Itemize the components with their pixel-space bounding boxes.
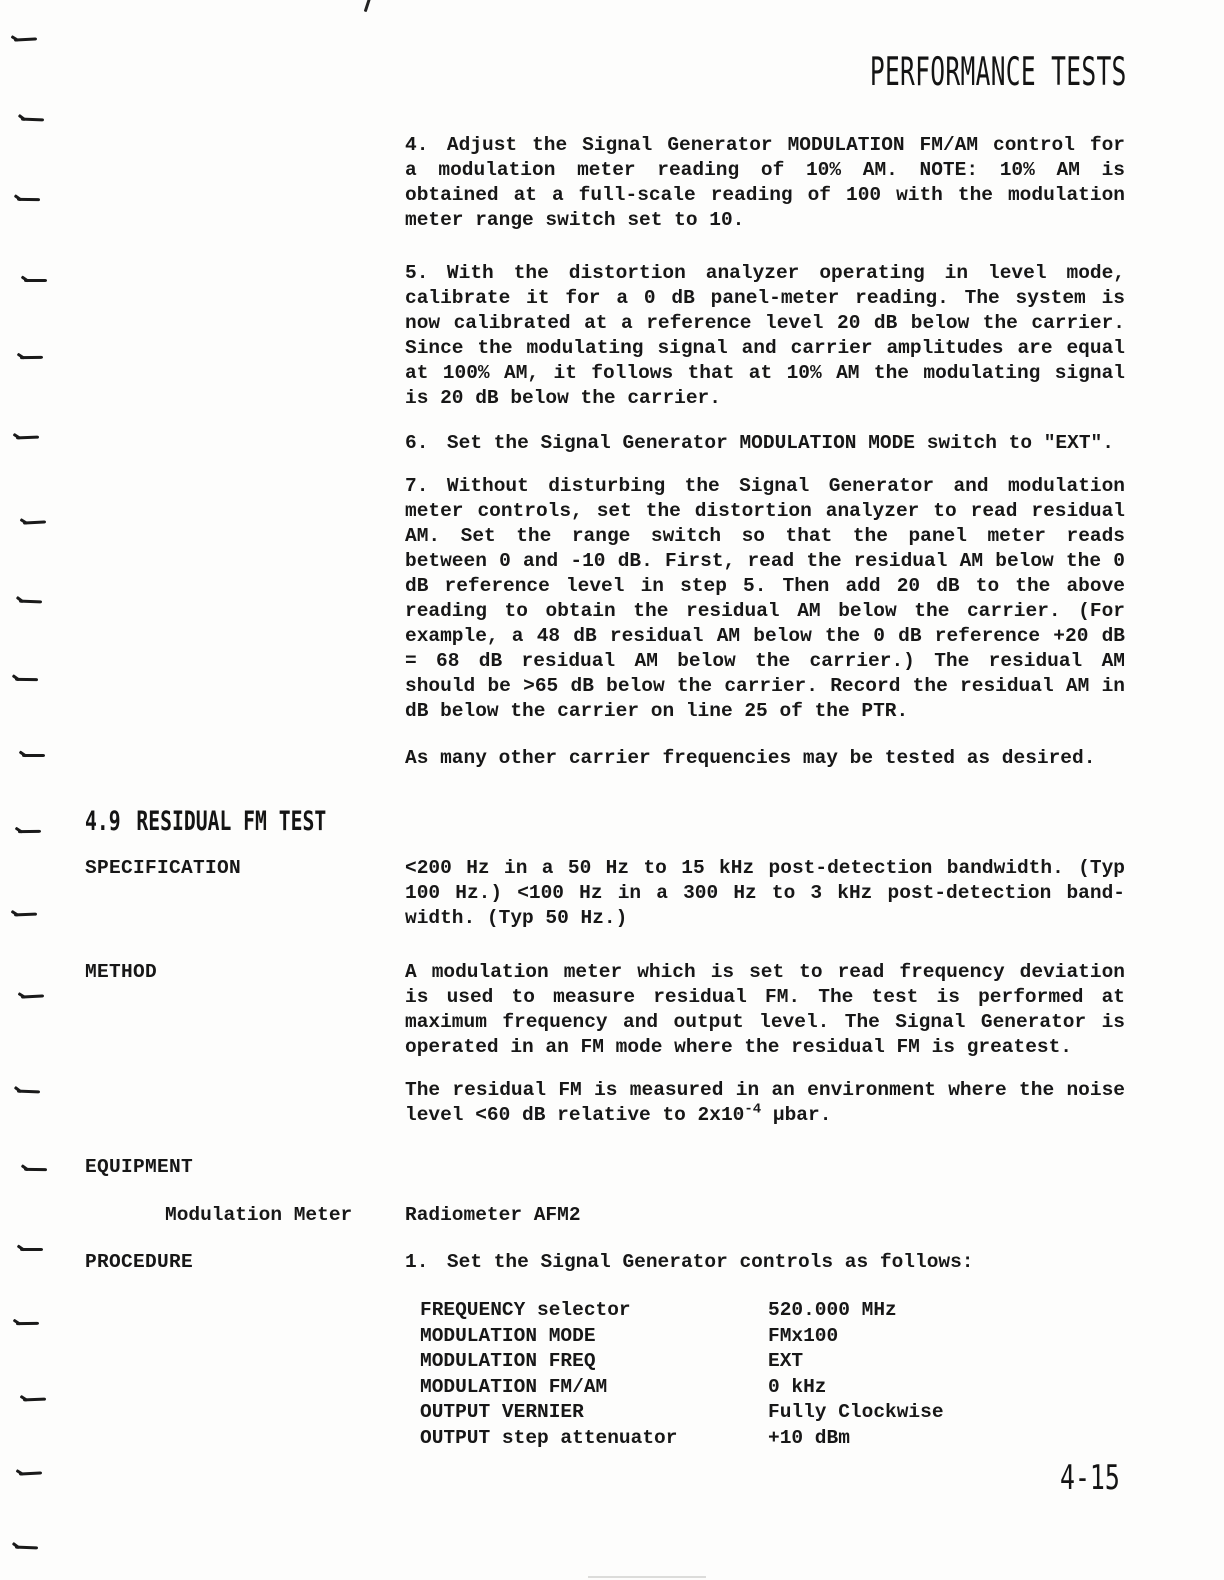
step-4-paragraph: 4.Adjust the Signal Generator MODULATION…	[405, 133, 1125, 233]
settings-row: OUTPUT step attenuator+10 dBm	[420, 1426, 944, 1452]
binder-mark	[20, 1248, 43, 1251]
step-number: 4.	[405, 134, 428, 156]
step-6-paragraph: 6.Set the Signal Generator MODULATION MO…	[405, 431, 1125, 456]
step-number: 6.	[405, 432, 428, 454]
procedure-step-1: 1.Set the Signal Generator controls as f…	[405, 1250, 1125, 1275]
binder-mark	[21, 994, 44, 998]
setting-value: 520.000 MHz	[768, 1299, 897, 1321]
setting-label: MODULATION FM/AM	[420, 1375, 768, 1401]
setting-label: OUTPUT step attenuator	[420, 1426, 768, 1452]
binder-mark	[23, 520, 46, 524]
settings-row: FREQUENCY selector520.000 MHz	[420, 1298, 944, 1324]
setting-label: OUTPUT VERNIER	[420, 1400, 768, 1426]
scan-artifact-top	[364, 0, 371, 12]
binder-mark	[19, 1471, 42, 1475]
setting-value: EXT	[768, 1350, 803, 1372]
method-noise-text: The residual FM is measured in an enviro…	[405, 1078, 1125, 1128]
steps-column: 4.Adjust the Signal Generator MODULATION…	[405, 133, 1125, 771]
setting-value: +10 dBm	[768, 1427, 850, 1449]
step-text: Without disturbing the Signal Generator …	[405, 475, 1125, 722]
specification-block: <200 Hz in a 50 Hz to 15 kHz post-detect…	[405, 856, 1125, 931]
setting-label: MODULATION FREQ	[420, 1349, 768, 1375]
binder-mark	[14, 913, 37, 917]
section-number: 4.9	[85, 806, 121, 837]
binder-mark	[19, 600, 42, 604]
step-text: Set the Signal Generator MODULATION MODE…	[447, 432, 1114, 454]
binder-mark	[14, 37, 37, 41]
page-number: 4-15	[1060, 1458, 1120, 1498]
binder-mark	[20, 356, 43, 359]
generator-settings-table: FREQUENCY selector520.000 MHz MODULATION…	[420, 1298, 944, 1451]
setting-value: FMx100	[768, 1325, 838, 1347]
binder-mark	[18, 830, 41, 833]
setting-label: FREQUENCY selector	[420, 1298, 768, 1324]
page-header-title: PERFORMANCE TESTS	[870, 50, 1127, 95]
step-text: Set the Signal Generator controls as fol…	[447, 1251, 974, 1273]
setting-value: Fully Clockwise	[768, 1401, 944, 1423]
binder-mark	[24, 279, 47, 282]
setting-value: 0 kHz	[768, 1376, 827, 1398]
step-number: 7.	[405, 475, 428, 497]
step-number: 1.	[405, 1251, 428, 1273]
binder-mark	[16, 1322, 39, 1325]
step-number: 5.	[405, 262, 428, 284]
settings-row: MODULATION MODEFMx100	[420, 1324, 944, 1350]
exponent: -4	[744, 1102, 761, 1118]
settings-row: MODULATION FREQEXT	[420, 1349, 944, 1375]
scan-artifact-bottom	[588, 1576, 706, 1578]
method-label: METHOD	[85, 960, 157, 985]
binder-mark	[17, 198, 40, 201]
step-text: Adjust the Signal Generator MODULATION F…	[405, 134, 1125, 231]
section-title: RESIDUAL FM TEST	[136, 806, 326, 837]
settings-row: OUTPUT VERNIERFully Clockwise	[420, 1400, 944, 1426]
noise-text-post: μbar.	[761, 1104, 831, 1126]
binder-mark	[24, 1168, 47, 1171]
settings-row: MODULATION FM/AM0 kHz	[420, 1375, 944, 1401]
binder-mark	[16, 436, 39, 440]
method-block: A modulation meter which is set to read …	[405, 960, 1125, 1128]
binder-mark	[15, 678, 38, 681]
binder-mark	[21, 118, 44, 122]
step-7-paragraph: 7.Without disturbing the Signal Generato…	[405, 474, 1125, 724]
step-text: With the distortion analyzer operating i…	[405, 262, 1125, 409]
setting-label: MODULATION MODE	[420, 1324, 768, 1350]
specification-label: SPECIFICATION	[85, 856, 241, 881]
procedure-label: PROCEDURE	[85, 1250, 193, 1275]
binder-mark	[17, 1090, 40, 1094]
equipment-item-model: Radiometer AFM2	[405, 1203, 581, 1228]
manual-page: PERFORMANCE TESTS 4.Adjust the Signal Ge…	[0, 0, 1224, 1580]
note-paragraph: As many other carrier frequencies may be…	[405, 746, 1125, 771]
step-5-paragraph: 5.With the distortion analyzer operating…	[405, 261, 1125, 411]
specification-text: <200 Hz in a 50 Hz to 15 kHz post-detect…	[405, 856, 1125, 931]
binder-mark	[15, 1546, 38, 1550]
binder-mark	[23, 1398, 46, 1402]
equipment-item-name: Modulation Meter	[165, 1203, 352, 1228]
section-heading: 4.9RESIDUAL FM TEST	[85, 806, 326, 837]
method-text: A modulation meter which is set to read …	[405, 960, 1125, 1060]
equipment-label: EQUIPMENT	[85, 1155, 193, 1180]
binder-mark	[22, 754, 45, 757]
